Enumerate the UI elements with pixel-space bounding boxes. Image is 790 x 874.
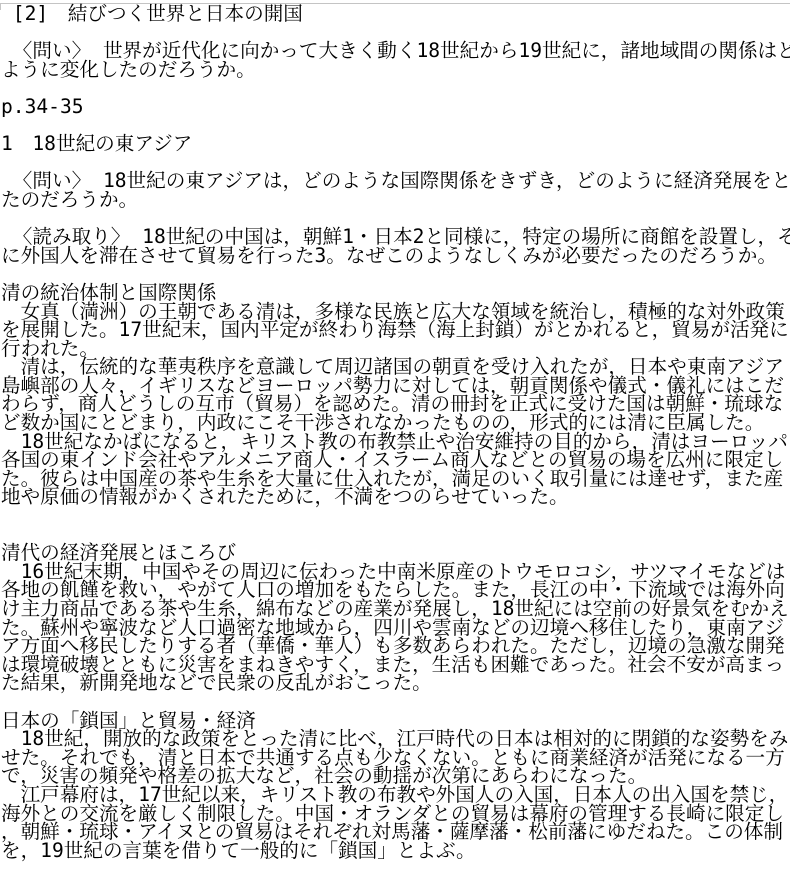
document-body: [2] 結びつく世界と日本の開国 〈問い〉 世界が近代化に向かって大きく動く18… (1, 5, 790, 860)
text-line: 地や原価の情報がかくされたために，不満をつのらせていった。 (1, 488, 790, 507)
text-line: に外国人を滞在させて貿易を行った3。なぜこのようなしくみが必要だったのだろうか。 (1, 247, 790, 266)
text-line: [2] 結びつく世界と日本の開国 (1, 5, 790, 24)
text-line: 1 18世紀の東アジア (1, 135, 790, 154)
text-line: ように変化したのだろうか。 (1, 61, 790, 80)
document-page: [2] 結びつく世界と日本の開国 〈問い〉 世界が近代化に向かって大きく動く18… (0, 0, 790, 874)
text-line: を，19世紀の言葉を借りて一般的に「鎖国」とよぶ。 (1, 842, 790, 861)
blank-line (1, 79, 790, 98)
text-line: を展開した。17世紀末，国内平定が終わり海禁（海上封鎖）がとかれると，貿易が活発… (1, 321, 790, 340)
text-line: たのだろうか。 (1, 191, 790, 210)
text-line: p.34-35 (1, 98, 790, 117)
blank-line (1, 507, 790, 526)
text-line: た結果，新開発地などで民衆の反乱がおこった。 (1, 674, 790, 693)
